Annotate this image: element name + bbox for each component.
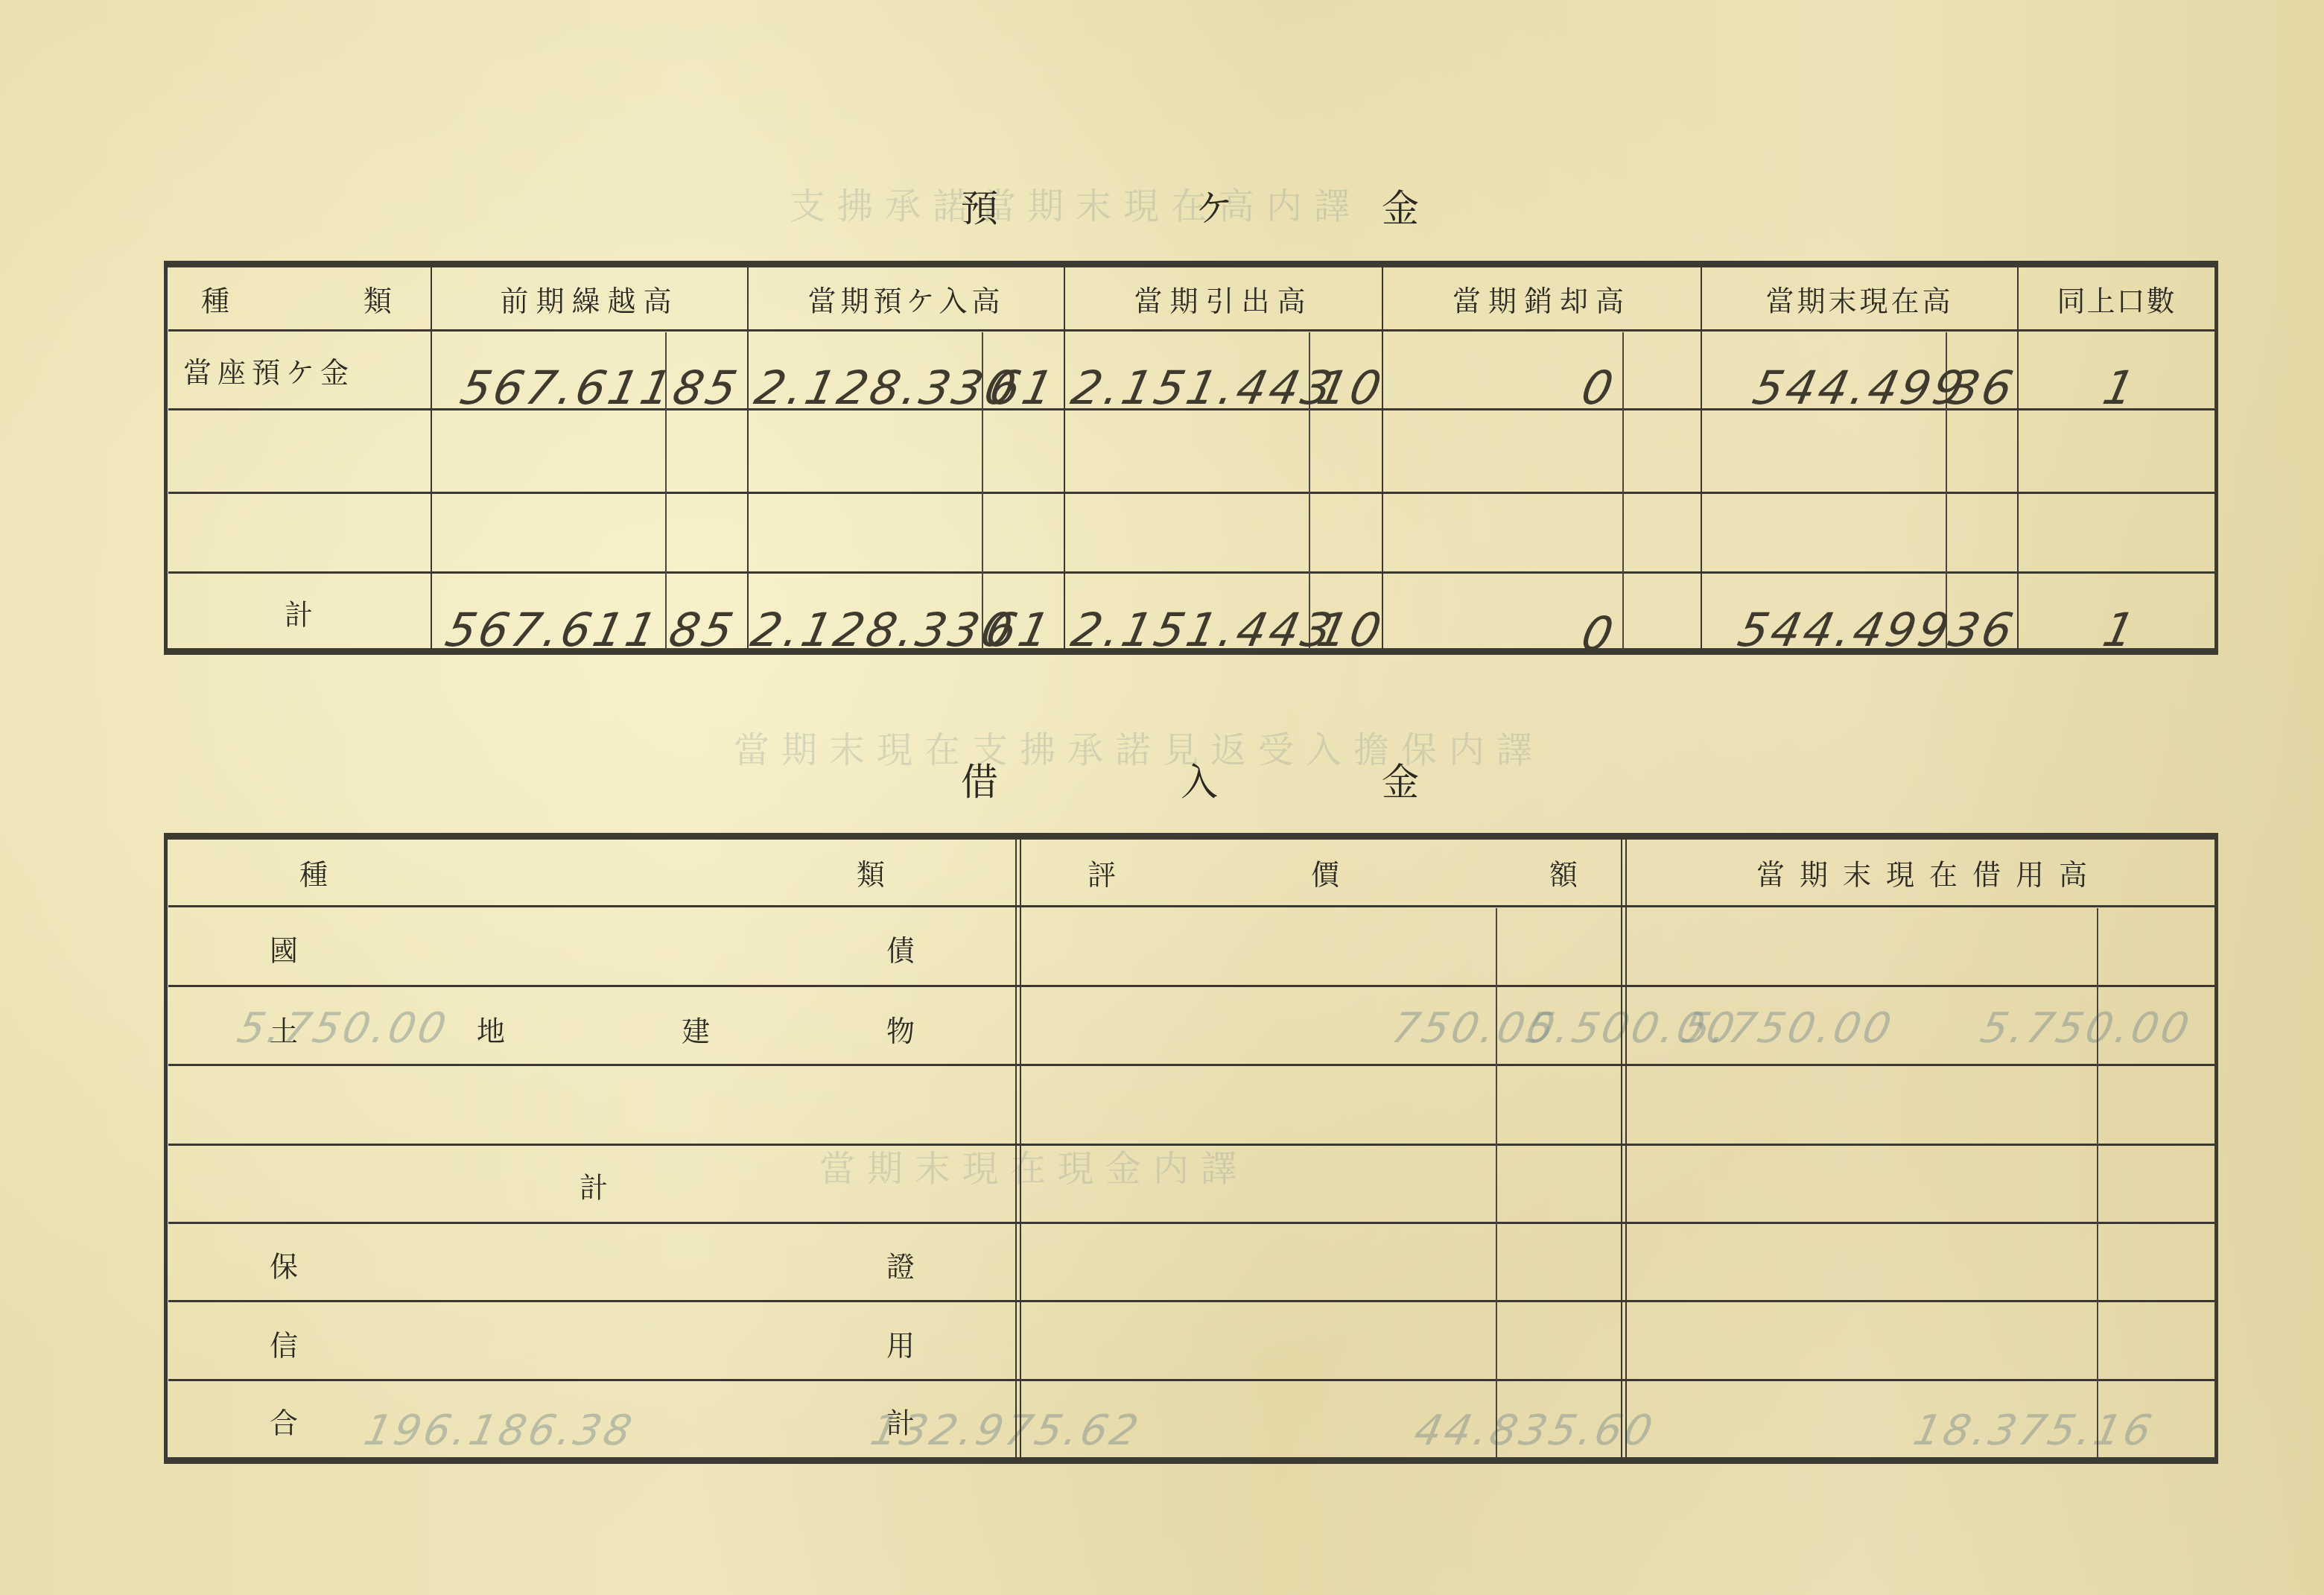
bleed-through-heading-3: 支拂承諾當期末現在高内譯	[790, 177, 1362, 229]
header-current-withdrawals: 當期引出高	[1065, 267, 1382, 329]
prior-carryover-yen: 567.611	[454, 350, 682, 425]
row-label-left: 合	[270, 1383, 298, 1457]
sen-divider	[1622, 332, 1624, 650]
header-rule	[168, 905, 2215, 907]
deposits-title-char: 預	[961, 179, 998, 232]
current-deposits-yen: 2.128.330	[748, 350, 1026, 425]
row-rule	[168, 571, 2215, 574]
borrowings-title-char: 入	[1181, 752, 1218, 806]
row-label-left: 土	[270, 991, 298, 1065]
header-prior-carryover: 前期繰越高	[432, 267, 747, 329]
column-divider-double	[1625, 839, 1627, 1459]
bleed-through-value: 196.186.38	[358, 1401, 640, 1460]
bleed-through-value: 18.375.16	[1908, 1401, 2159, 1460]
row-rule	[168, 1300, 2215, 1302]
header-current-borrowing-balance: 當期末現在借用高	[1661, 839, 2197, 904]
subtotal-label: 計	[580, 1147, 608, 1222]
row-rule	[168, 985, 2215, 987]
row-label-left: 信	[270, 1305, 298, 1380]
header-current-balance: 當期末現在高	[1702, 267, 2017, 329]
total-current-writeoff-yen: 0	[1575, 596, 1623, 670]
header-kind-char: 種	[299, 839, 328, 904]
row-label-right: 物	[886, 991, 915, 1065]
table-border-left	[164, 833, 168, 1464]
row-rule	[168, 492, 2215, 494]
total-prior-carryover-yen: 567.611	[439, 592, 667, 667]
sen-divider	[1496, 908, 1497, 1458]
deposits-title-char: 金	[1382, 179, 1419, 232]
bleed-through-value: 5.750.00	[1677, 998, 1899, 1058]
column-divider-double	[1020, 839, 1021, 1459]
header-rule	[168, 329, 2215, 332]
row-label-mid: 建	[682, 991, 710, 1065]
row-label-right: 證	[886, 1226, 915, 1301]
table-border-right	[2215, 261, 2218, 655]
sen-divider	[2097, 908, 2098, 1458]
table-border-left	[164, 261, 168, 655]
total-label: 計	[285, 575, 313, 648]
total-current-deposits-yen: 2.128.330	[744, 592, 1022, 667]
row-rule	[168, 1144, 2215, 1146]
row-label-right: 債	[886, 910, 915, 985]
current-withdrawals-yen: 2.151.443	[1064, 350, 1342, 425]
total-account-count: 1	[2096, 592, 2144, 667]
row-rule	[168, 1379, 2215, 1381]
row-label-right: 計	[886, 1383, 915, 1457]
bleed-through-value: 44.835.60	[1409, 1401, 1660, 1460]
bleed-through-value: 5.750.00	[1975, 998, 2197, 1058]
header-valuation-char: 評	[1088, 839, 1116, 904]
bleed-through-heading-2: 當期末現在現金内譯	[819, 1140, 1248, 1191]
row-kind-label: 當座預ケ金	[183, 332, 355, 407]
header-kind-char: 類	[857, 839, 885, 904]
header-valuation-char: 額	[1549, 839, 1578, 904]
row-label-right: 用	[886, 1305, 915, 1380]
total-prior-carryover-sen: 85	[662, 592, 743, 667]
bleed-through-value: 5.750.00	[232, 998, 454, 1058]
header-account-count: 同上口數	[2019, 267, 2215, 329]
total-current-balance-yen: 544.499	[1731, 592, 1959, 667]
borrowings-title-char: 金	[1382, 752, 1419, 806]
column-divider-double	[1621, 839, 1622, 1459]
table-border-bottom	[165, 1457, 2218, 1464]
current-balance-yen: 544.499	[1746, 350, 1974, 425]
header-kind-char: 種	[201, 267, 229, 329]
header-valuation-char: 價	[1311, 839, 1339, 904]
borrowings-title-char: 借	[961, 752, 998, 806]
row-rule	[168, 1222, 2215, 1224]
row-label-mid: 地	[477, 991, 505, 1065]
account-count: 1	[2096, 350, 2144, 425]
table-border-right	[2215, 833, 2218, 1464]
header-current-writeoff: 當期銷却高	[1383, 267, 1701, 329]
current-writeoff-yen: 0	[1575, 350, 1623, 425]
row-rule	[168, 1064, 2215, 1066]
header-current-deposits: 當期預ケ入高	[749, 267, 1064, 329]
deposits-title-char: ケ	[1196, 179, 1233, 232]
row-label-left: 保	[270, 1226, 298, 1301]
row-label-left: 國	[270, 910, 298, 985]
bleed-through-heading-1: 當期末現在支拂承諾見返受入擔保内譯	[734, 721, 1544, 773]
total-current-withdrawals-yen: 2.151.443	[1064, 592, 1342, 667]
header-kind-char: 類	[363, 267, 392, 329]
column-divider-double	[1015, 839, 1017, 1459]
